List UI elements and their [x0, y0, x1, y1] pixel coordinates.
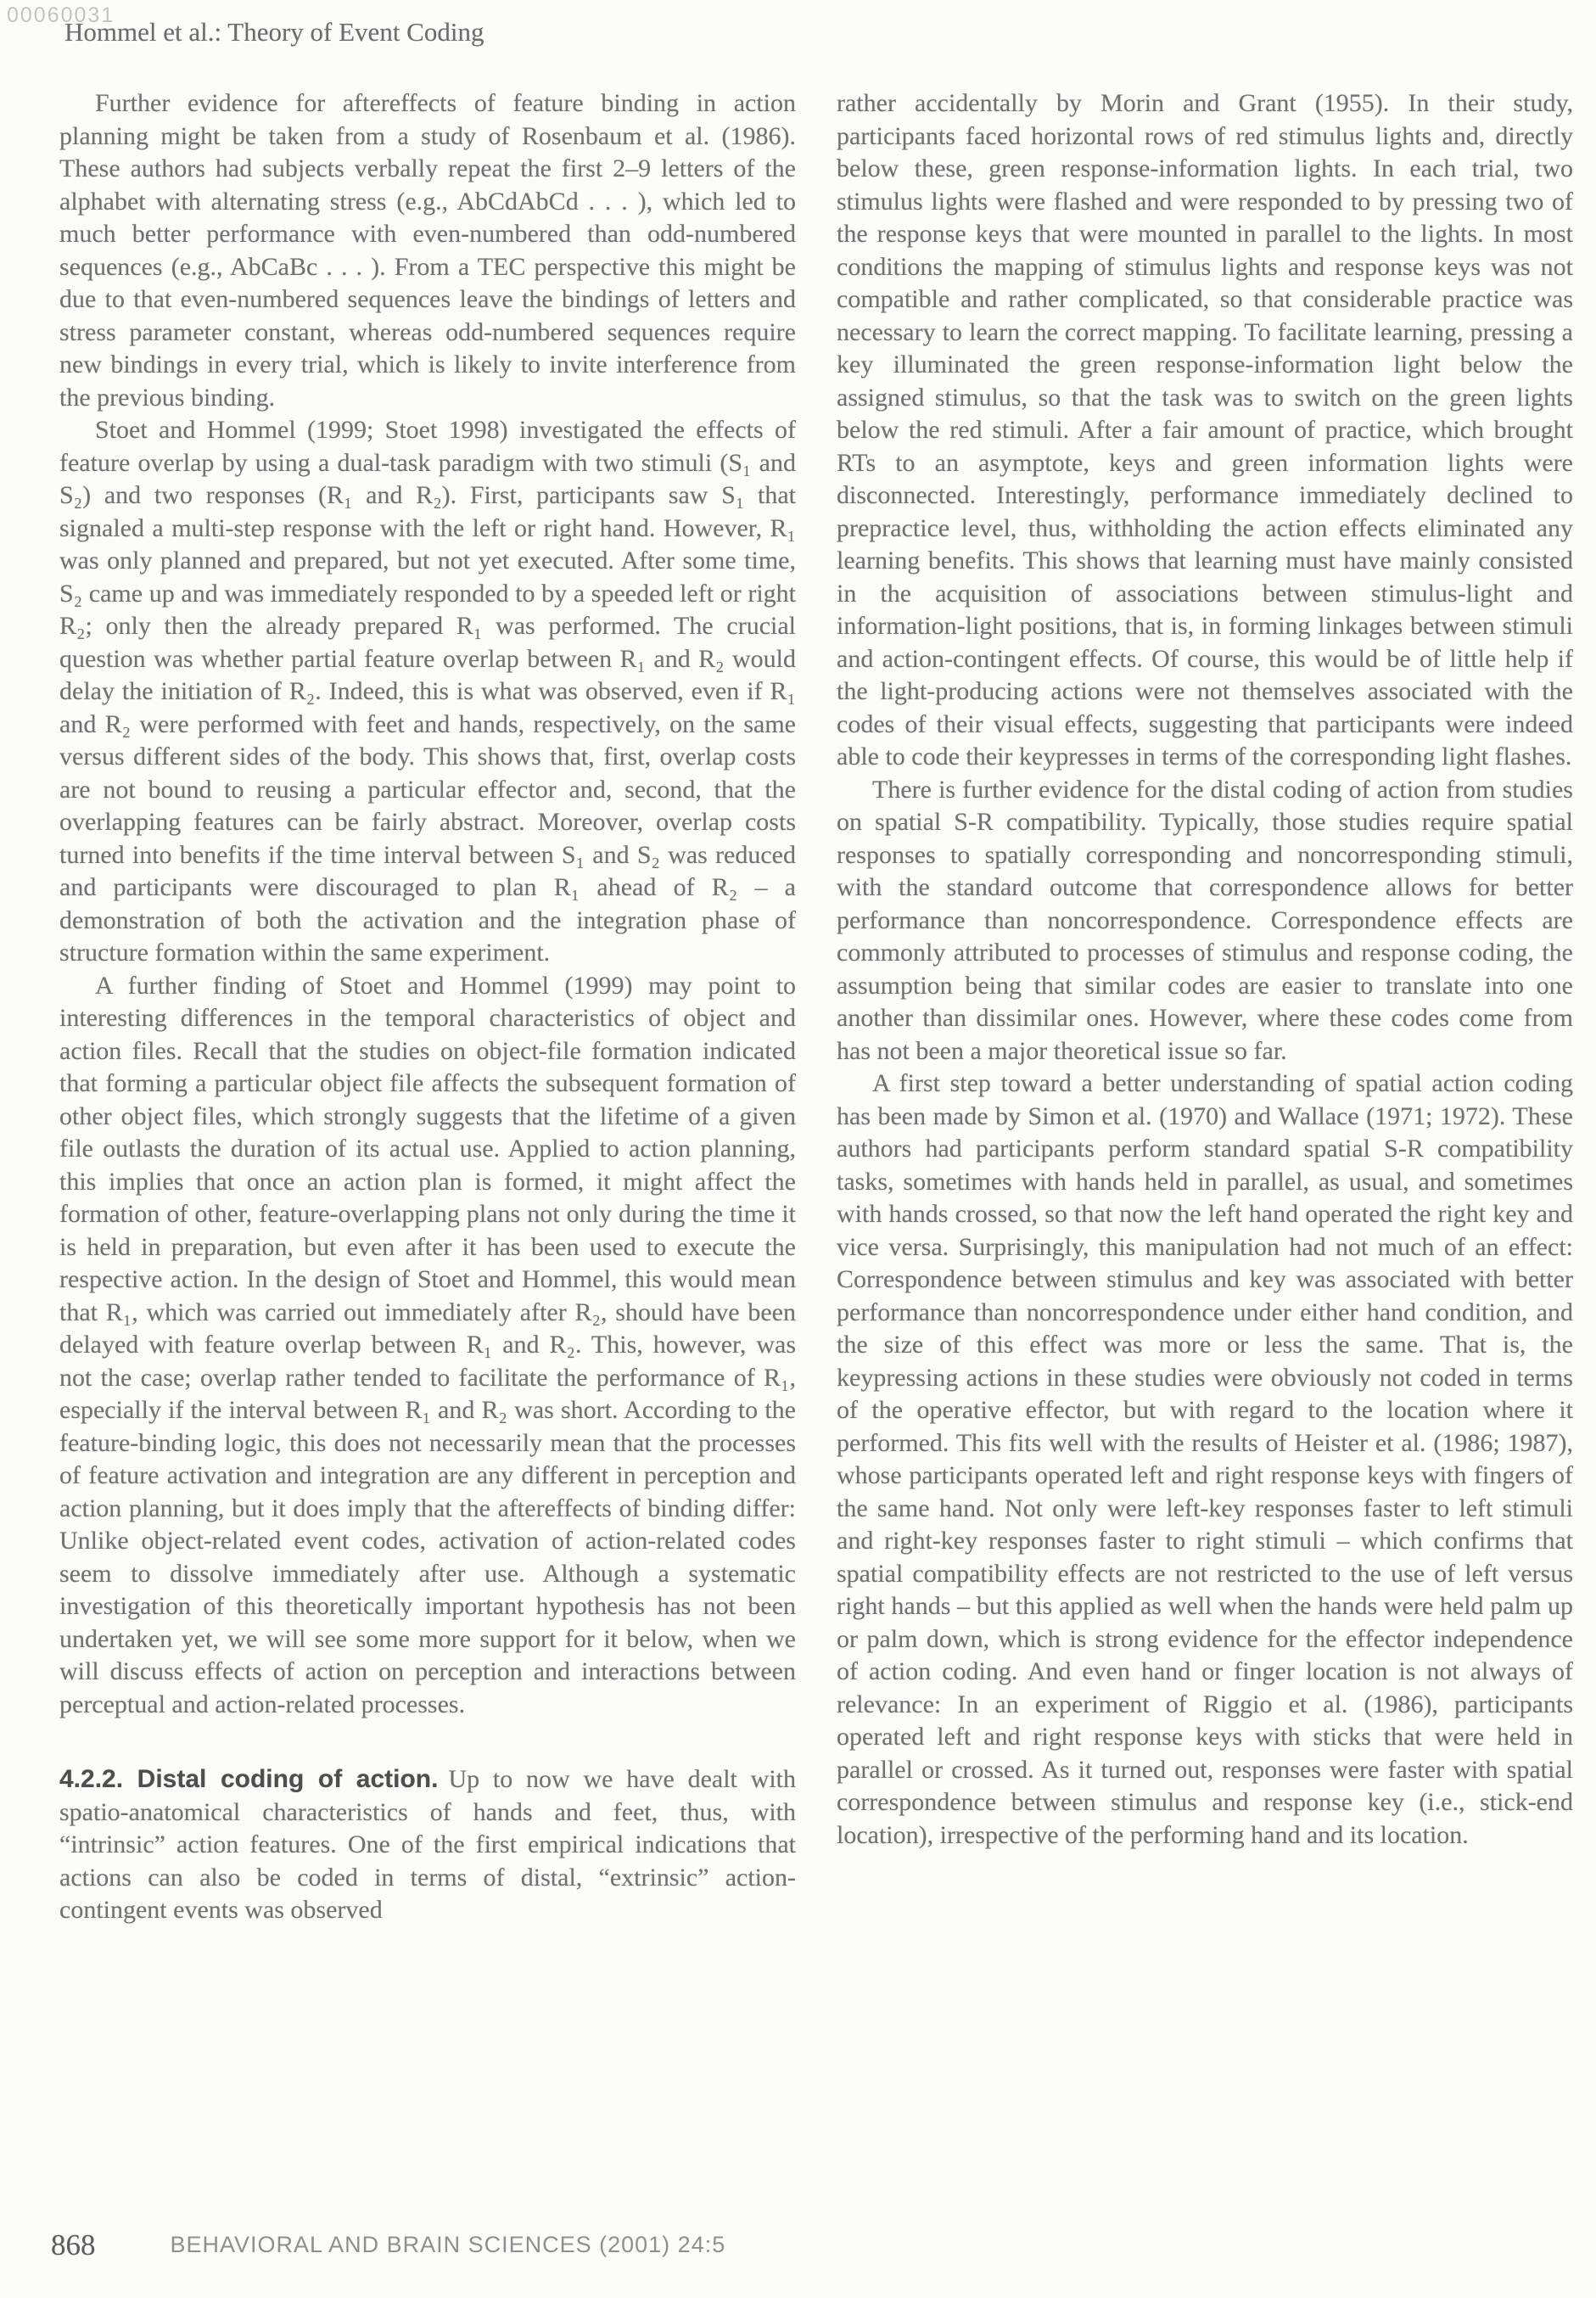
- paragraph-sr-compatibility: There is further evidence for the distal…: [837, 774, 1573, 1068]
- running-head: Hommel et al.: Theory of Event Coding: [64, 17, 484, 48]
- left-column: Further evidence for aftereffects of fea…: [59, 87, 796, 1927]
- journal-line: BEHAVIORAL AND BRAIN SCIENCES (2001) 24:…: [171, 2232, 726, 2257]
- paragraph-temporal-characteristics: A further finding of Stoet and Hommel (1…: [59, 970, 796, 1722]
- paragraph-simon-wallace: A first step toward a better understandi…: [837, 1068, 1573, 1852]
- section-heading: 4.2.2. Distal coding of action.: [59, 1765, 438, 1793]
- paragraph-stoet-hommel-dual-task: Stoet and Hommel (1999; Stoet 1998) inve…: [59, 414, 796, 970]
- paragraph-feature-binding: Further evidence for aftereffects of fea…: [59, 87, 796, 414]
- page-number: 868: [51, 2228, 96, 2262]
- page-footer: 868 BEHAVIORAL AND BRAIN SCIENCES (2001)…: [51, 2228, 1544, 2262]
- right-column: rather accidentally by Morin and Grant (…: [837, 87, 1573, 1852]
- section-4-2-2-paragraph: 4.2.2. Distal coding of action.Up to now…: [59, 1763, 796, 1927]
- scanned-paper-page: 00060031 Hommel et al.: Theory of Event …: [0, 0, 1596, 2298]
- paragraph-morin-grant: rather accidentally by Morin and Grant (…: [837, 87, 1573, 774]
